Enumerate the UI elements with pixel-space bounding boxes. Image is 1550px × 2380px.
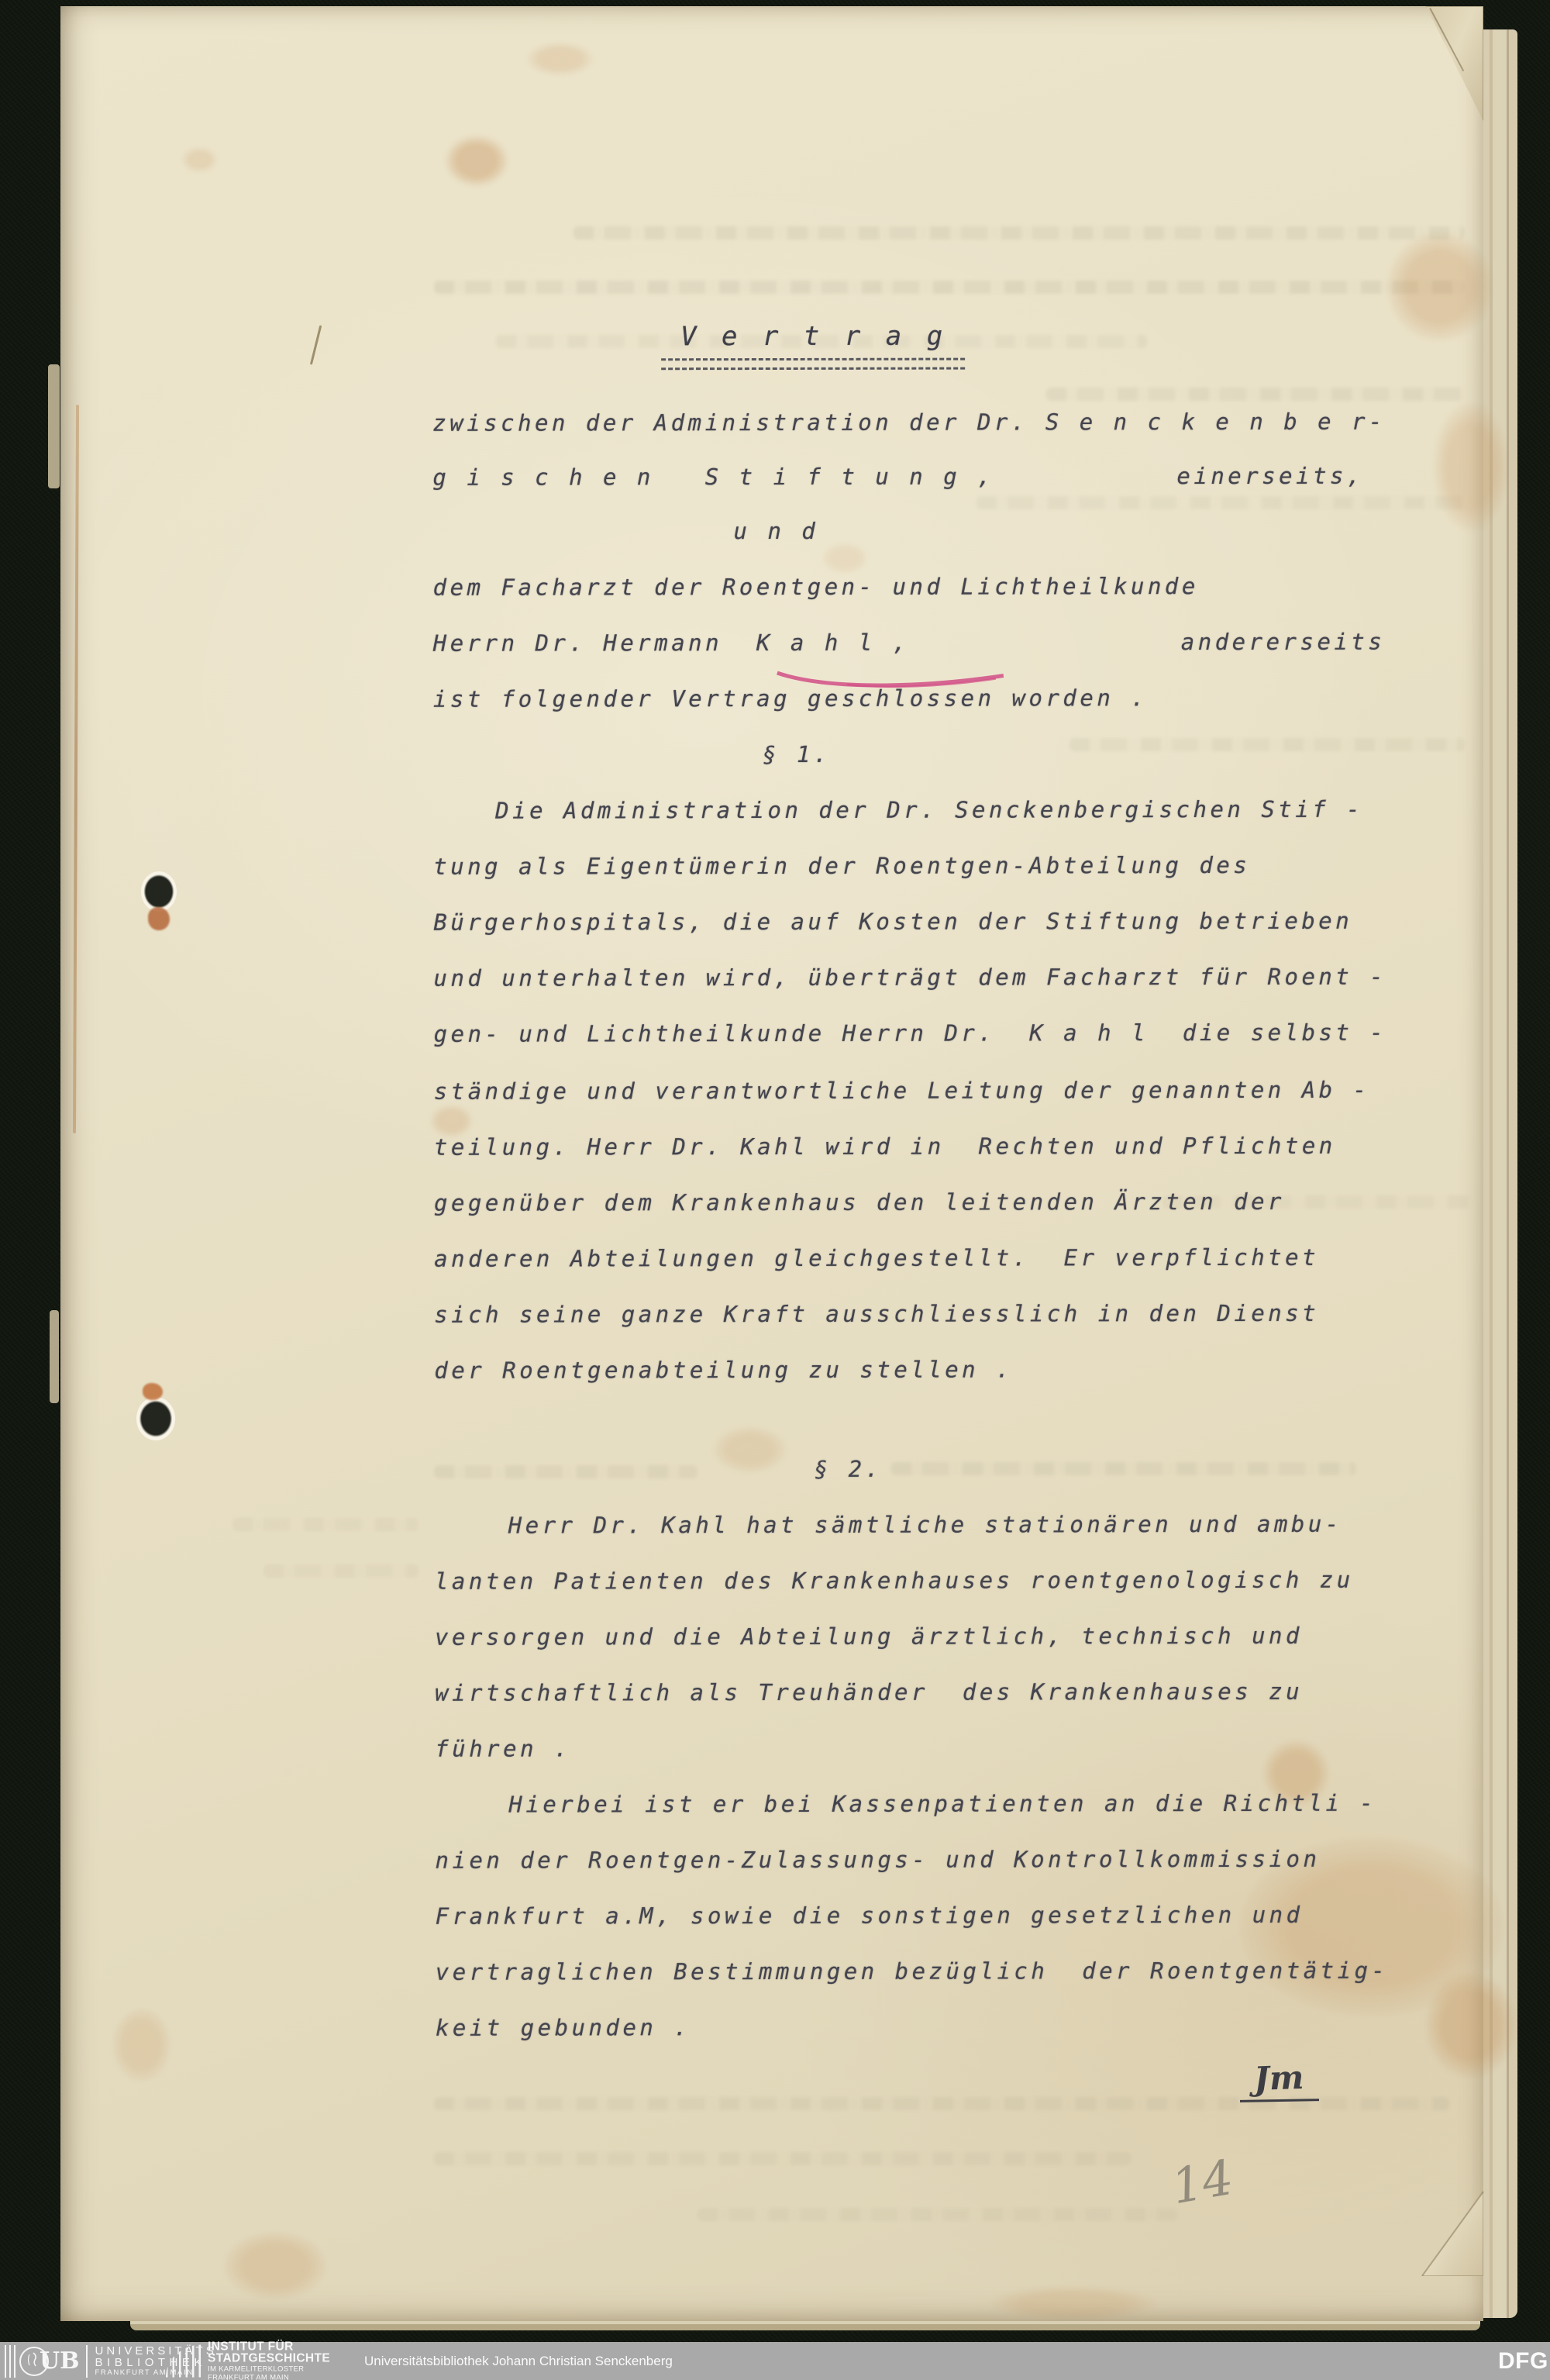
typed-line: vertraglichen Bestimmungen bezüglich der… <box>436 1957 1389 1985</box>
document-title: V e r t r a g <box>680 321 947 353</box>
typed-line: versorgen und die Abteilung ärztlich, te… <box>435 1623 1303 1650</box>
scan-viewer: V e r t r a g zwischen der Administratio… <box>0 0 1550 2380</box>
typed-line: ist folgender Vertrag geschlossen worden… <box>433 685 1148 712</box>
ub-logo-lines-icon <box>5 2345 17 2378</box>
typed-line: Frankfurt a.M, sowie die sonstigen geset… <box>436 1902 1304 1930</box>
typed-line: § 2. <box>815 1456 883 1482</box>
typed-line: Bürgerhospitals, die auf Kosten der Stif… <box>433 908 1352 936</box>
footer-bar: UB UNIVERSITÄTS BIBLIOTHEK FRANKFURT AM … <box>0 2342 1550 2380</box>
typed-line: andererseits <box>1181 629 1386 655</box>
typed-line: sich seine ganze Kraft ausschliesslich i… <box>434 1300 1319 1328</box>
typed-line: Hierbei ist er bei Kassenpatienten an di… <box>508 1790 1376 1818</box>
typed-line: einerseits, <box>1176 463 1364 489</box>
institut-stadtgeschichte-logo: INSTITUT FÜR STADTGESCHICHTE IM KARMELIT… <box>166 2340 330 2380</box>
ist-arch-icon <box>166 2345 201 2378</box>
typed-line: dem Facharzt der Roentgen- und Lichtheil… <box>433 573 1199 601</box>
typed-line: § 1. <box>763 741 831 767</box>
ist-text-line: IM KARMELITERKLOSTER <box>208 2364 330 2373</box>
ist-logo-text: INSTITUT FÜR STADTGESCHICHTE IM KARMELIT… <box>208 2340 330 2380</box>
typed-line: g i s c h e n S t i f t u n g , <box>432 464 994 491</box>
typed-line: gen- und Lichtheilkunde Herrn Dr. K a h … <box>434 1019 1387 1047</box>
typed-line: ständige und verantwortliche Leitung der… <box>434 1077 1370 1105</box>
ub-logo-portrait-icon <box>19 2347 49 2376</box>
typed-line: nien der Roentgen-Zulassungs- und Kontro… <box>435 1846 1320 1874</box>
typed-line: und unterhalten wird, überträgt dem Fach… <box>433 964 1386 992</box>
typed-line: teilung. Herr Dr. Kahl wird in Rechten u… <box>434 1133 1336 1161</box>
library-attribution: Universitätsbibliothek Johann Christian … <box>364 2354 673 2369</box>
typed-line: u n d <box>733 518 818 544</box>
ist-text-line: STADTGESCHICHTE <box>208 2353 330 2365</box>
ist-text-line: FRANKFURT AM MAIN <box>208 2373 330 2380</box>
typed-text-layer: V e r t r a g zwischen der Administratio… <box>0 0 1550 2380</box>
title-double-underline <box>661 358 965 371</box>
typed-line: keit gebunden . <box>436 2014 691 2041</box>
pen-mark <box>310 325 322 364</box>
typed-line: führen . <box>435 1735 571 1761</box>
ist-text-line: INSTITUT FÜR <box>208 2340 330 2353</box>
ub-logo-separator <box>86 2345 88 2378</box>
typed-line: der Roentgenabteilung zu stellen . <box>434 1356 1013 1383</box>
typed-line: Herrn Dr. Hermann K a h l , <box>433 629 910 657</box>
dfg-logo: DFG <box>1498 2348 1548 2375</box>
typed-line: gegenüber dem Krankenhaus den leitenden … <box>434 1188 1285 1216</box>
typed-line: Herr Dr. Kahl hat sämtliche stationären … <box>508 1511 1342 1539</box>
handwritten-page-number: 14 <box>1167 2149 1237 2216</box>
typed-line: lanten Patienten des Krankenhauses roent… <box>435 1567 1354 1595</box>
typed-line: Die Administration der Dr. Senckenbergis… <box>495 796 1363 824</box>
handwritten-initials: Jm <box>1253 2058 1304 2098</box>
typed-line: tung als Eigentümerin der Roentgen-Abtei… <box>433 852 1250 880</box>
typed-line: wirtschaftlich als Treuhänder des Kranke… <box>435 1678 1303 1706</box>
typed-line: zwischen der Administration der Dr. S e … <box>432 409 1386 436</box>
typed-line: anderen Abteilungen gleichgestellt. Er v… <box>434 1244 1319 1272</box>
